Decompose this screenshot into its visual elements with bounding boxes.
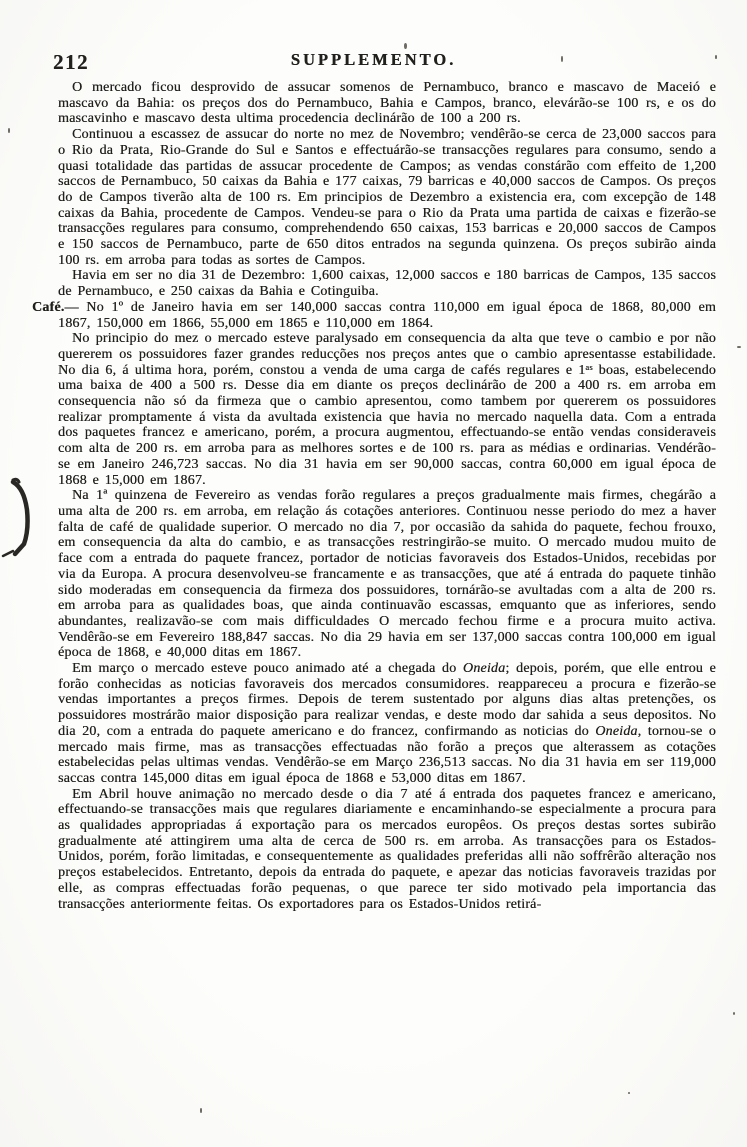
para-january-market: No principio do mez o mercado esteve par… <box>58 331 716 488</box>
para-coffee-stock: Café.— No 1º de Janeiro havia em ser 140… <box>58 300 716 331</box>
scan-speck <box>628 1092 630 1094</box>
march-text-1: Em março o mercado esteve pouco animado … <box>72 661 463 676</box>
scan-speck <box>8 128 10 133</box>
para-sugar-overview: O mercado ficou desprovido de assucar so… <box>58 80 716 127</box>
scan-speck <box>737 346 741 348</box>
page-title: SUPPLEMENTO. <box>0 50 747 70</box>
para-april-market: Em Abril houve animação no mercado desde… <box>58 787 716 913</box>
page-header: 212 SUPPLEMENTO. <box>0 44 747 76</box>
para-november-sales: Continuou a escassez de assucar do norte… <box>58 127 716 268</box>
scanned-page: 212 SUPPLEMENTO. O mercado ficou desprov… <box>0 0 747 1147</box>
coffee-section-label: Café.— <box>32 300 79 315</box>
para-december-stock: Havia em ser no dia 31 de Dezembro: 1,60… <box>58 268 716 299</box>
coffee-stock-text: No 1º de Janeiro havia em ser 140,000 sa… <box>58 300 716 331</box>
ship-name-oneida: Oneida <box>463 661 505 676</box>
scan-speck <box>561 56 563 62</box>
para-february-market: Na 1ª quinzena de Fevereiro as vendas fo… <box>58 488 716 661</box>
ship-name-oneida: Oneida <box>595 724 637 739</box>
scan-speck <box>715 55 717 59</box>
scan-speck <box>404 43 407 49</box>
margin-pen-stroke-icon <box>0 468 50 568</box>
para-march-market: Em março o mercado esteve pouco animado … <box>58 661 716 787</box>
scan-speck <box>733 1012 735 1015</box>
body-text: O mercado ficou desprovido de assucar so… <box>58 80 716 912</box>
scan-speck <box>200 1108 202 1113</box>
